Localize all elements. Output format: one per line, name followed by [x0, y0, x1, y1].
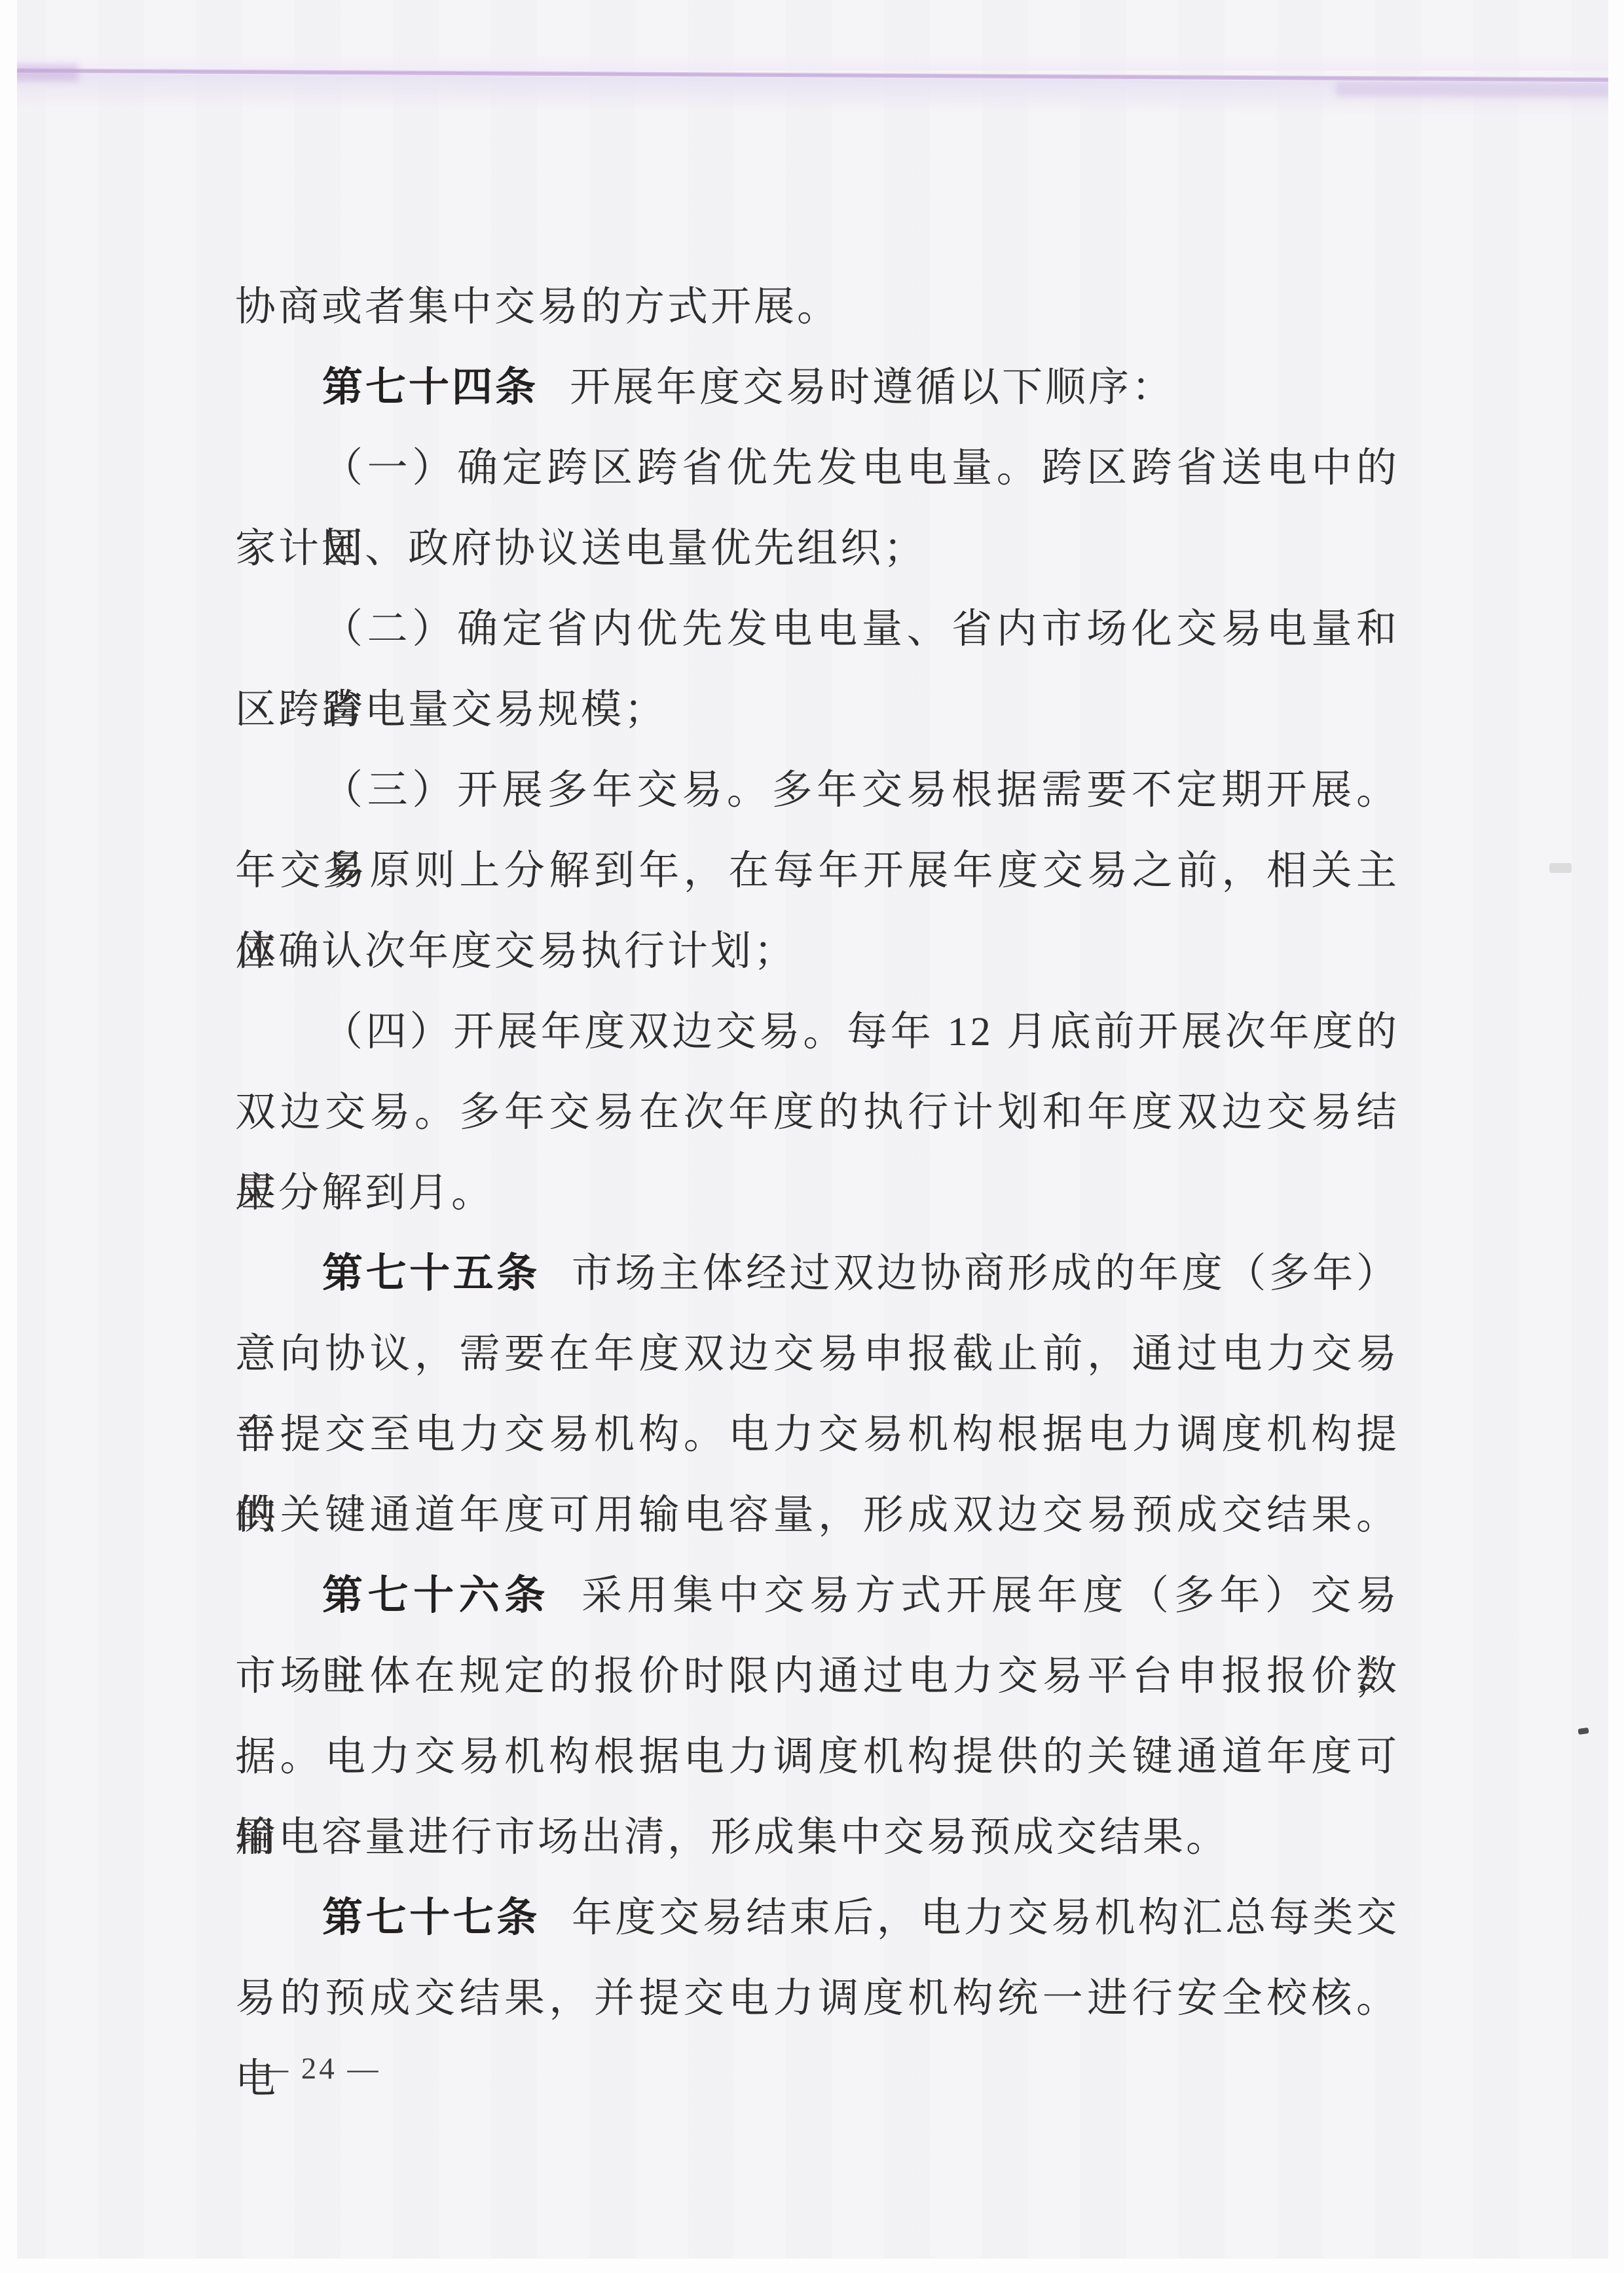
scan-edge-left: [0, 0, 17, 2273]
scan-edge-right: [1608, 0, 1624, 2273]
text-line: 区跨省电量交易规模；: [235, 670, 1399, 750]
article-line: 第七十七条年度交易结束后，电力交易机构汇总每类交: [235, 1878, 1399, 1959]
text-line: 的关键通道年度可用输电容量，形成双边交易预成交结果。: [235, 1475, 1399, 1556]
scanned-document-page: 协商或者集中交易的方式开展。第七十四条开展年度交易时遵循以下顺序：（一）确定跨区…: [0, 0, 1624, 2273]
article-line: 第七十四条开展年度交易时遵循以下顺序：: [235, 348, 1399, 428]
text-line: （一）确定跨区跨省优先发电电量。跨区跨省送电中的国: [235, 428, 1399, 509]
text-line: 据。电力交易机构根据电力调度机构提供的关键通道年度可用: [235, 1717, 1399, 1798]
text-line: 年交易原则上分解到年，在每年开展年度交易之前，相关主体: [235, 831, 1399, 912]
text-line: （四）开展年度双边交易。每年 12 月底前开展次年度的: [235, 992, 1399, 1073]
article-number: 第七十四条: [322, 365, 538, 410]
right-scan-streak: [1336, 82, 1611, 98]
text-line: （二）确定省内优先发电电量、省内市场化交易电量和跨: [235, 589, 1399, 670]
top-scan-tint: [0, 54, 1624, 71]
text-line: 双边交易。多年交易在次年度的执行计划和年度双边交易结果: [235, 1073, 1399, 1153]
article-number: 第七十七条: [322, 1896, 540, 1940]
text-line: （三）开展多年交易。多年交易根据需要不定期开展。多: [235, 750, 1399, 831]
text-line: 输电容量进行市场出清，形成集中交易预成交结果。: [235, 1798, 1399, 1878]
text-line: 台提交至电力交易机构。电力交易机构根据电力调度机构提供: [235, 1395, 1399, 1475]
text-line: 意向协议，需要在年度双边交易申报截止前，通过电力交易平: [235, 1314, 1399, 1395]
scan-edge-bottom: [0, 2259, 1624, 2273]
text-line: 应确认次年度交易执行计划；: [235, 912, 1399, 992]
article-line: 第七十五条市场主体经过双边协商形成的年度（多年）: [235, 1234, 1399, 1314]
text-line: 易的预成交结果，并提交电力调度机构统一进行安全校核。电: [235, 1959, 1399, 2039]
text-line: 应分解到月。: [235, 1153, 1399, 1234]
article-number: 第七十六条: [322, 1574, 550, 1618]
text-line: 协商或者集中交易的方式开展。: [235, 267, 1399, 348]
text-line: 市场主体在规定的报价时限内通过电力交易平台申报报价数: [235, 1636, 1399, 1717]
document-lines: 协商或者集中交易的方式开展。第七十四条开展年度交易时遵循以下顺序：（一）确定跨区…: [235, 267, 1399, 2039]
scan-speck-faint: [1549, 863, 1572, 873]
article-line: 第七十六条采用集中交易方式开展年度（多年）交易时，: [235, 1556, 1399, 1636]
text-line: 家计划、政府协议送电量优先组织；: [235, 509, 1399, 589]
page-number: — 24 —: [257, 2046, 381, 2092]
article-number: 第七十五条: [322, 1251, 540, 1296]
scan-speck-dark: [1578, 1728, 1589, 1735]
